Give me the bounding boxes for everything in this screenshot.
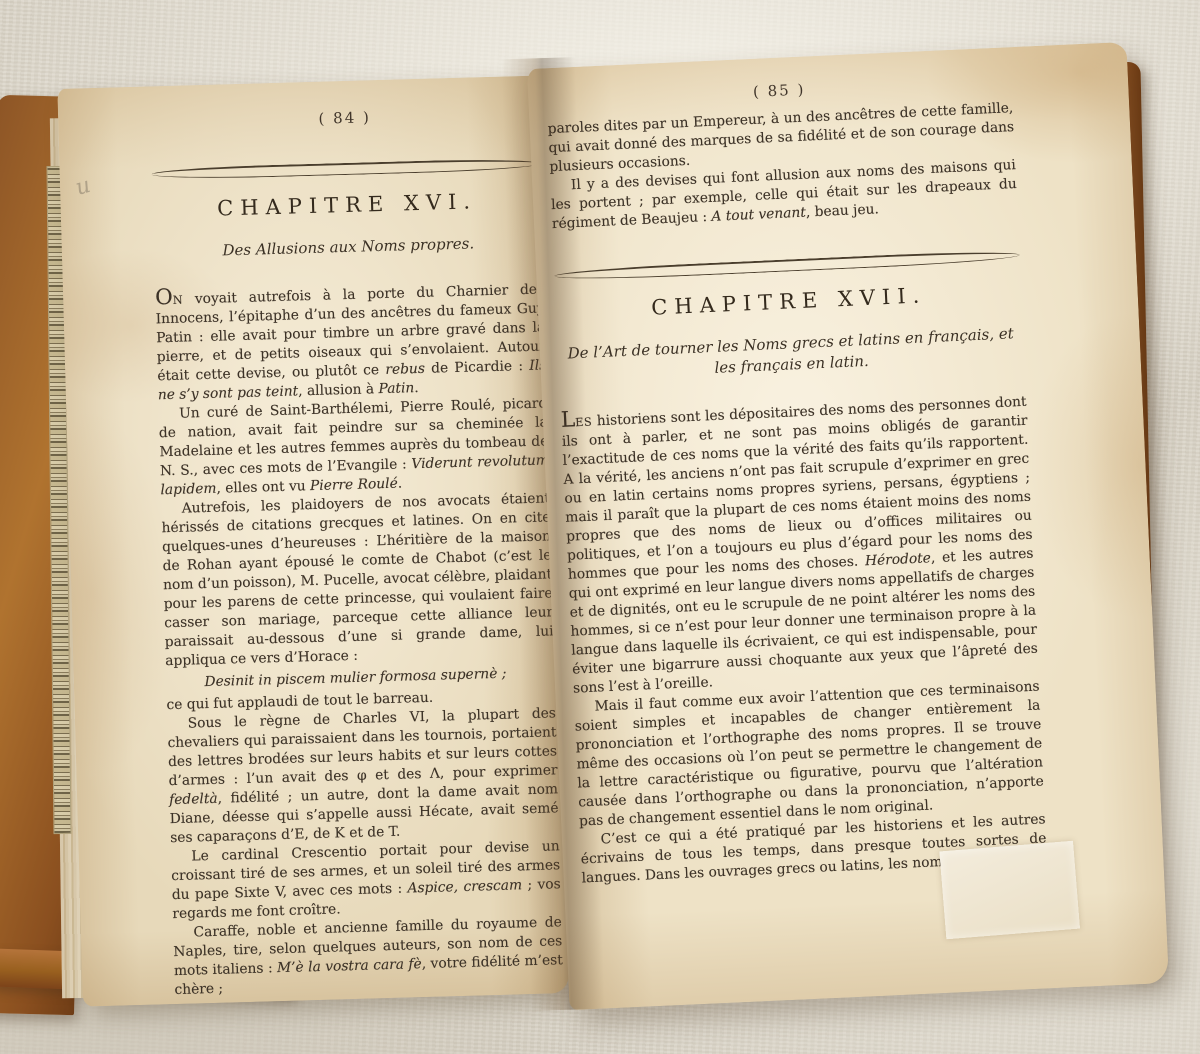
- left-page-text: ON voyait autrefois à la porte du Charni…: [155, 278, 564, 1000]
- open-book: u ( 84 ) CHAPITRE XVI. Des Allusions aux…: [0, 0, 1200, 1054]
- paragraph: Caraffe, noble et ancienne famille du ro…: [173, 913, 564, 1000]
- right-page: ( 85 ) paroles dites par un Empereur, à …: [527, 42, 1169, 1010]
- paragraph: Un curé de Saint-Barthélemi, Pierre Roul…: [158, 394, 550, 500]
- right-page-continuation-text: paroles dites par un Empereur, à un des …: [547, 99, 1018, 234]
- paragraph: Mais il faut comme eux avoir l’attention…: [574, 677, 1046, 831]
- chapter-subtitle: Des Allusions aux Noms propres.: [154, 231, 543, 263]
- paragraph: Autrefois, les plaidoyers de nos avocats…: [161, 489, 555, 671]
- chapter-rule: [152, 158, 541, 181]
- chapter-subtitle: De l’Art de tourner les Noms grecs et la…: [557, 323, 1024, 386]
- chapter-heading: CHAPITRE XVII.: [555, 279, 1022, 324]
- handwritten-mark: u: [73, 173, 93, 201]
- paper-repair-patch: [939, 841, 1080, 939]
- photo-background: u ( 84 ) CHAPITRE XVI. Des Allusions aux…: [0, 0, 1200, 1054]
- chapter-heading: CHAPITRE XVI.: [152, 188, 542, 223]
- paragraph: ON voyait autrefois à la porte du Charni…: [155, 278, 547, 405]
- paragraph: Le cardinal Crescentio portait pour devi…: [171, 837, 562, 924]
- right-page-text: LES historiens sont les dépositaires des…: [561, 391, 1048, 889]
- chapter-rule: [554, 249, 1020, 282]
- paragraph: Sous le règne de Charles VI, la plupart …: [167, 704, 560, 848]
- left-page-number: ( 84 ): [150, 104, 539, 133]
- left-page: u ( 84 ) CHAPITRE XVI. Des Allusions aux…: [57, 75, 569, 1006]
- paragraph: LES historiens sont les dépositaires des…: [561, 391, 1040, 699]
